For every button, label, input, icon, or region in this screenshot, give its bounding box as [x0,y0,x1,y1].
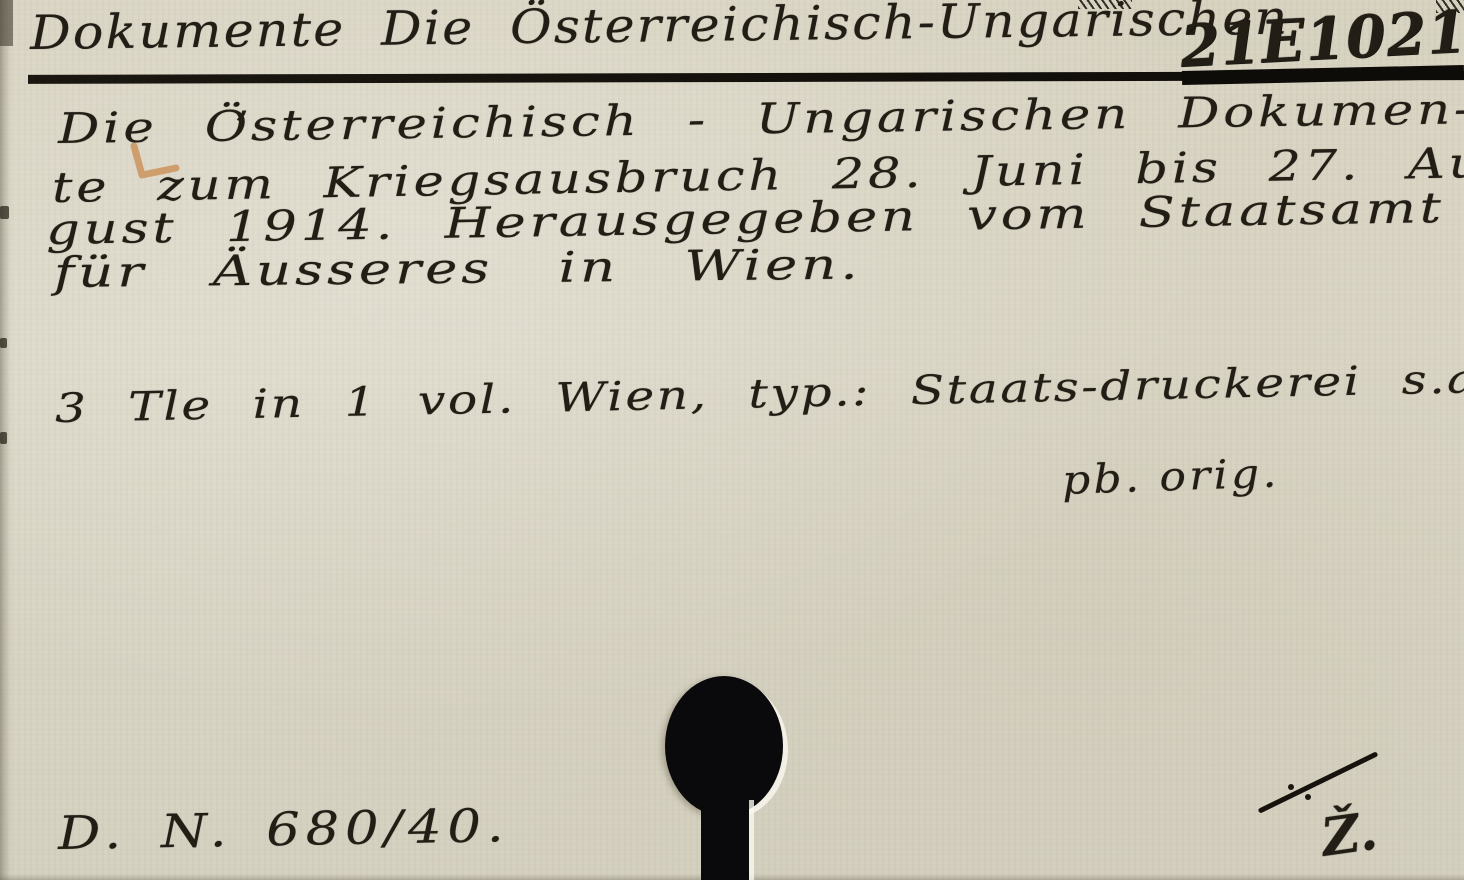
edge-artifact [0,432,7,444]
edge-artifact [0,338,7,348]
card-heading: Dokumente Die Österreichisch-Ungarischen [30,0,1290,61]
ink-dot [1305,794,1311,800]
edge-artifact [0,206,9,219]
collation-line: 3 Tle in 1 vol. Wien, typ.: Staats-druck… [55,356,1464,432]
hole-punch-slot [701,800,749,880]
catalog-card: Dokumente Die Österreichisch-Ungarischen… [0,0,1464,880]
binding-note: pb. orig. [1061,450,1280,504]
title-line-4: für Äusseres in Wien. [54,240,862,297]
scan-edge-corner [0,0,13,46]
accession-number: D. N. 680/40. [58,798,510,860]
hole-punch-circle [665,676,783,816]
cataloguer-initials: Ž. [1318,801,1381,869]
ink-dot [1288,784,1294,790]
